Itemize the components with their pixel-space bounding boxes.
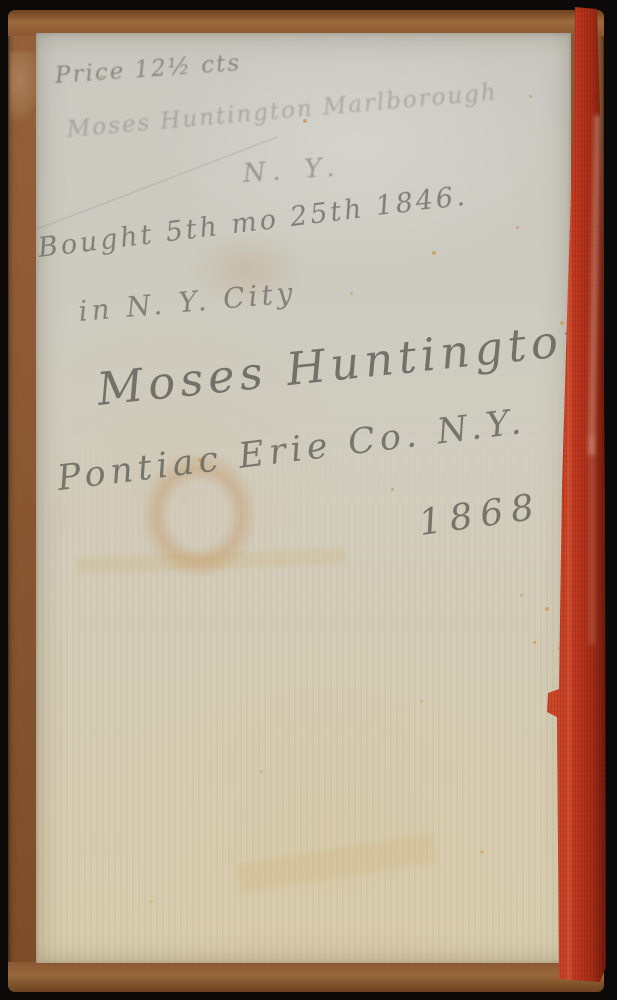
inscription-owner-faint: Moses Huntington Marlborough bbox=[66, 79, 499, 143]
foxing-speck bbox=[529, 95, 532, 98]
paper-fold-line bbox=[34, 136, 277, 230]
stain-patch bbox=[186, 233, 306, 308]
inscription-purchase-date: Bought 5th mo 25th 1846. bbox=[36, 181, 469, 264]
cover-bottom-edge bbox=[8, 962, 604, 992]
spine-scuff bbox=[588, 115, 601, 455]
foxing-speck bbox=[350, 292, 353, 295]
spine-scuff bbox=[589, 435, 595, 645]
pastedown-page: Price 12½ cts Moses Huntington Marlborou… bbox=[36, 33, 571, 963]
paper-texture bbox=[36, 424, 571, 963]
inscription-signature: Moses Huntington bbox=[94, 311, 599, 416]
foxing-speck bbox=[432, 251, 436, 255]
inscription-price: Price 12½ cts bbox=[54, 50, 242, 89]
foxing-speck bbox=[516, 226, 519, 229]
inscription-owner-faint-ny: N. Y. bbox=[242, 152, 344, 189]
foxing-speck bbox=[560, 321, 564, 325]
foxing-speck bbox=[303, 119, 307, 123]
inscription-purchase-place: in N. Y. City bbox=[77, 276, 298, 328]
book-cover-photo: Price 12½ cts Moses Huntington Marlborou… bbox=[0, 0, 617, 1000]
foxing-speck bbox=[100, 75, 103, 78]
